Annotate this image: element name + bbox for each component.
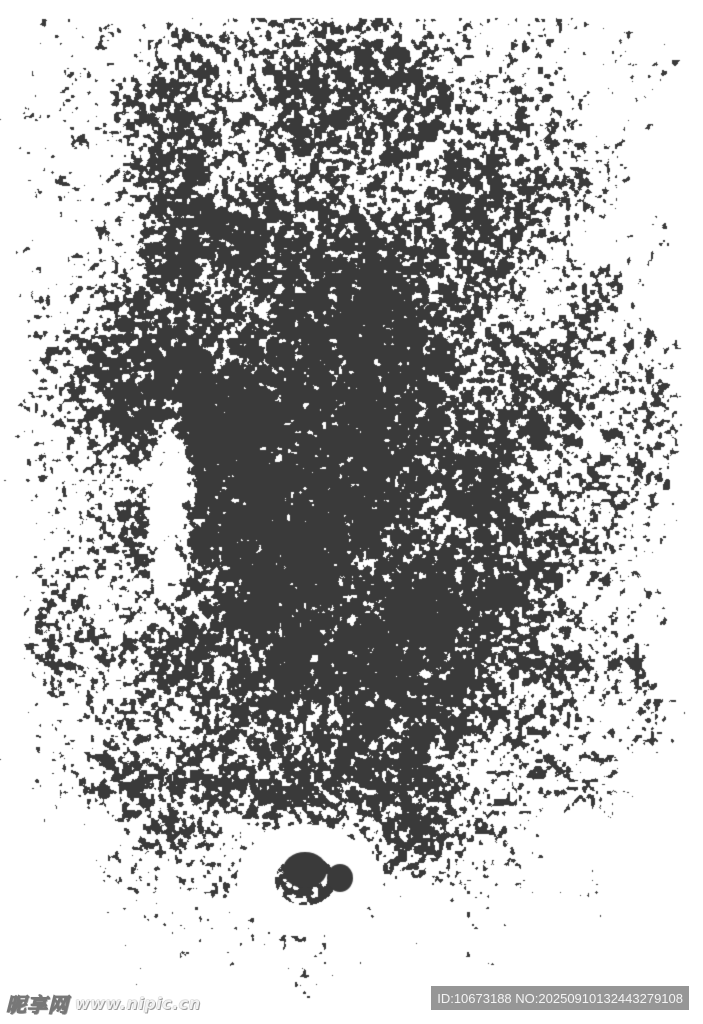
watermark-id: ID:10673188: [437, 991, 511, 1006]
site-watermark: 昵享网 www.nipic.cn: [6, 990, 201, 1016]
watermark-logo: 昵享网: [6, 989, 69, 1018]
watermark-url: www.nipic.cn: [75, 994, 201, 1013]
grunge-texture-canvas: [0, 0, 703, 1024]
watermark-no: NO:20250910132443279108: [515, 991, 683, 1006]
image-id-watermark: ID:10673188 NO:20250910132443279108: [431, 986, 689, 1010]
grunge-texture-image: 昵享网 www.nipic.cn ID:10673188 NO:20250910…: [0, 0, 703, 1024]
